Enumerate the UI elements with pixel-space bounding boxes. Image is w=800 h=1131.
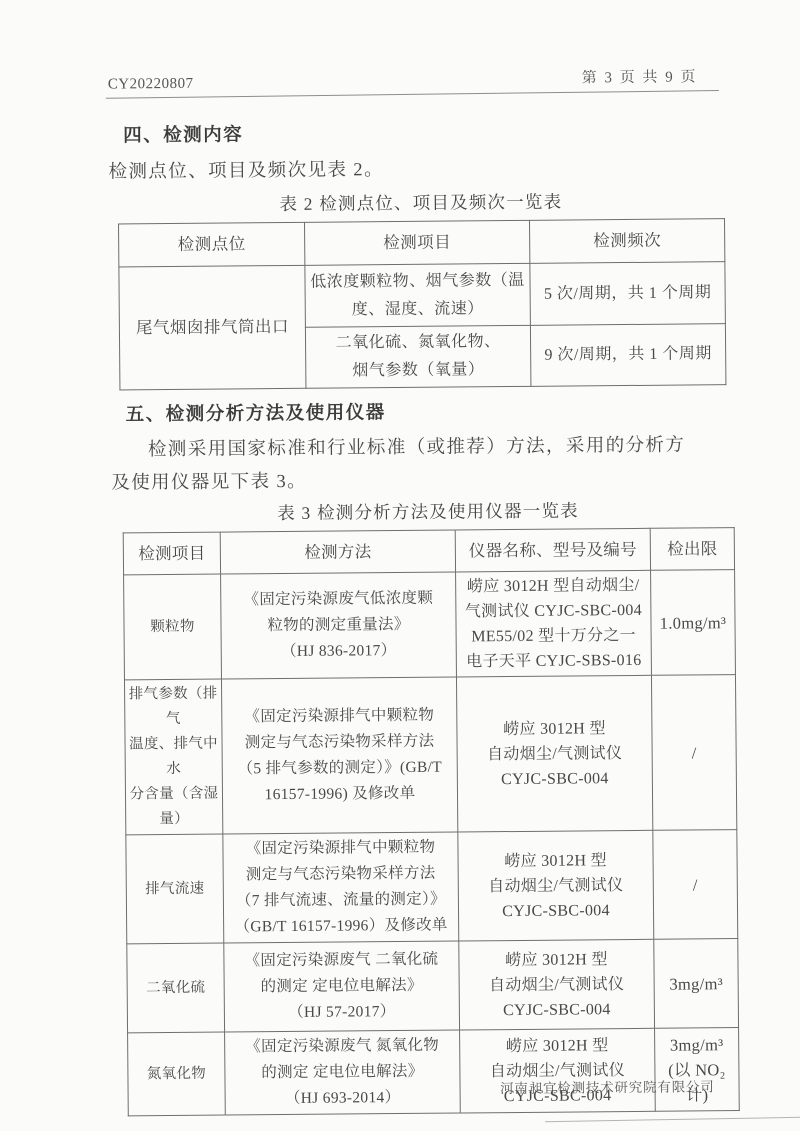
table3-header-limit: 检出限 (650, 528, 734, 571)
method-cell: 《固定污染源废气低浓度颗 粒物的测定重量法》 （HJ 836-2017） (221, 572, 457, 679)
method-cell: 《固定污染源废气 二氧化硫 的测定 定电位电解法》 （HJ 57-2017） (224, 941, 460, 1032)
footer-company-name: 河南昶宜检测技术研究院有限公司 (444, 1075, 714, 1097)
table-row: 排气参数（排气 温度、排气中水 分含量（含湿 量） 《固定污染源排气中颗粒物 测… (124, 675, 736, 835)
table-2-caption: 表 2 检测点位、项目及频次一览表 (118, 187, 724, 217)
instrument-cell: 崂应 3012H 型自动烟尘/ 气测试仪 CYJC-SBC-004 ME55/0… (456, 570, 652, 677)
table-row: 检测项目 检测方法 仪器名称、型号及编号 检出限 (123, 528, 734, 575)
table-row: 尾气烟囱排气筒出口 低浓度颗粒物、烟气参数（温 度、湿度、流速） 5 次/周期，… (119, 262, 726, 329)
method-cell: 《固定污染源废气 氮氧化物 的测定 定电位电解法》 （HJ 693-2014） (225, 1030, 461, 1115)
table-row: 检测点位 检测项目 检测频次 (119, 219, 725, 267)
scanned-sheet: CY20220807 第 3 页 共 9 页 四、检测内容 检测点位、项目及频次… (0, 0, 800, 1131)
limit-cell: / (651, 675, 736, 831)
table-3-methods-instruments: 检测项目 检测方法 仪器名称、型号及编号 检出限 颗粒物 《固定污染源废气低浓度… (123, 527, 740, 1116)
section-5-heading: 五、检测分析方法及使用仪器 (126, 398, 386, 426)
project-cell: 二氧化硫 (127, 943, 225, 1033)
section-5-intro: 检测采用国家标准和行业标准（或推荐）方法，采用的分析方 及使用仪器见下表 3。 (111, 429, 724, 499)
limit-cell: / (653, 830, 738, 940)
table-row: 排气流速 《固定污染源排气中颗粒物 测定与气态污染物采样方法 （7 排气流速、流… (126, 830, 738, 944)
table-row: 二氧化硫 《固定污染源废气 二氧化硫 的测定 定电位电解法》 （HJ 57-20… (127, 939, 739, 1033)
parameter-cell: 低浓度颗粒物、烟气参数（温 度、湿度、流速） (305, 263, 531, 327)
frequency-cell: 5 次/周期，共 1 个周期 (530, 262, 726, 326)
table2-header-frequency: 检测频次 (529, 219, 724, 264)
instrument-cell: 崂应 3012H 型 自动烟尘/气测试仪 CYJC-SBC-004 (460, 1028, 656, 1113)
report-code: CY20220807 (108, 76, 194, 94)
limit-cell: 3mg/m³ (以 NO₂ 计) (655, 1028, 740, 1112)
sampling-point-cell: 尾气烟囱排气筒出口 (119, 265, 306, 390)
page-indicator: 第 3 页 共 9 页 (582, 65, 698, 87)
project-cell: 颗粒物 (124, 574, 222, 680)
table3-header-method: 检测方法 (220, 530, 455, 574)
table-row: 氮氧化物 《固定污染源废气 氮氧化物 的测定 定电位电解法》 （HJ 693-2… (128, 1028, 740, 1116)
frequency-cell: 9 次/周期，共 1 个周期 (530, 324, 726, 387)
section-4-heading: 四、检测内容 (123, 120, 243, 147)
limit-cell: 3mg/m³ (654, 939, 739, 1029)
table3-header-project: 检测项目 (123, 532, 220, 575)
method-cell: 《固定污染源排气中颗粒物 测定与气态污染物采样方法 （7 排气流速、流量的测定）… (223, 832, 459, 943)
project-cell: 排气参数（排气 温度、排气中水 分含量（含湿 量） (124, 679, 222, 835)
parameter-cell: 二氧化硫、氮氧化物、 烟气参数（氧量） (305, 325, 531, 388)
limit-cell: 1.0mg/m³ (651, 570, 736, 676)
project-cell: 排气流速 (126, 834, 224, 944)
instrument-cell: 崂应 3012H 型 自动烟尘/气测试仪 CYJC-SBC-004 (459, 939, 655, 1030)
document-page: CY20220807 第 3 页 共 9 页 四、检测内容 检测点位、项目及频次… (0, 0, 800, 1131)
instrument-cell: 崂应 3012H 型 自动烟尘/气测试仪 CYJC-SBC-004 (456, 675, 652, 832)
table2-header-items: 检测项目 (305, 220, 530, 265)
table2-header-point: 检测点位 (119, 222, 305, 267)
header-rule (106, 90, 719, 99)
table-row: 颗粒物 《固定污染源废气低浓度颗 粒物的测定重量法》 （HJ 836-2017）… (124, 570, 736, 680)
table-2-monitoring-plan: 检测点位 检测项目 检测频次 尾气烟囱排气筒出口 低浓度颗粒物、烟气参数（温 度… (118, 218, 726, 390)
table3-header-instrument: 仪器名称、型号及编号 (455, 528, 650, 572)
instrument-cell: 崂应 3012H 型 自动烟尘/气测试仪 CYJC-SBC-004 (458, 830, 654, 941)
section-4-intro: 检测点位、项目及频次见表 2。 (108, 155, 384, 183)
method-cell: 《固定污染源排气中颗粒物 测定与气态污染物采样方法 （5 排气参数的测定）》(G… (221, 677, 457, 834)
table-3-caption: 表 3 检测分析方法及使用仪器一览表 (122, 496, 733, 526)
project-cell: 氮氧化物 (128, 1032, 226, 1116)
